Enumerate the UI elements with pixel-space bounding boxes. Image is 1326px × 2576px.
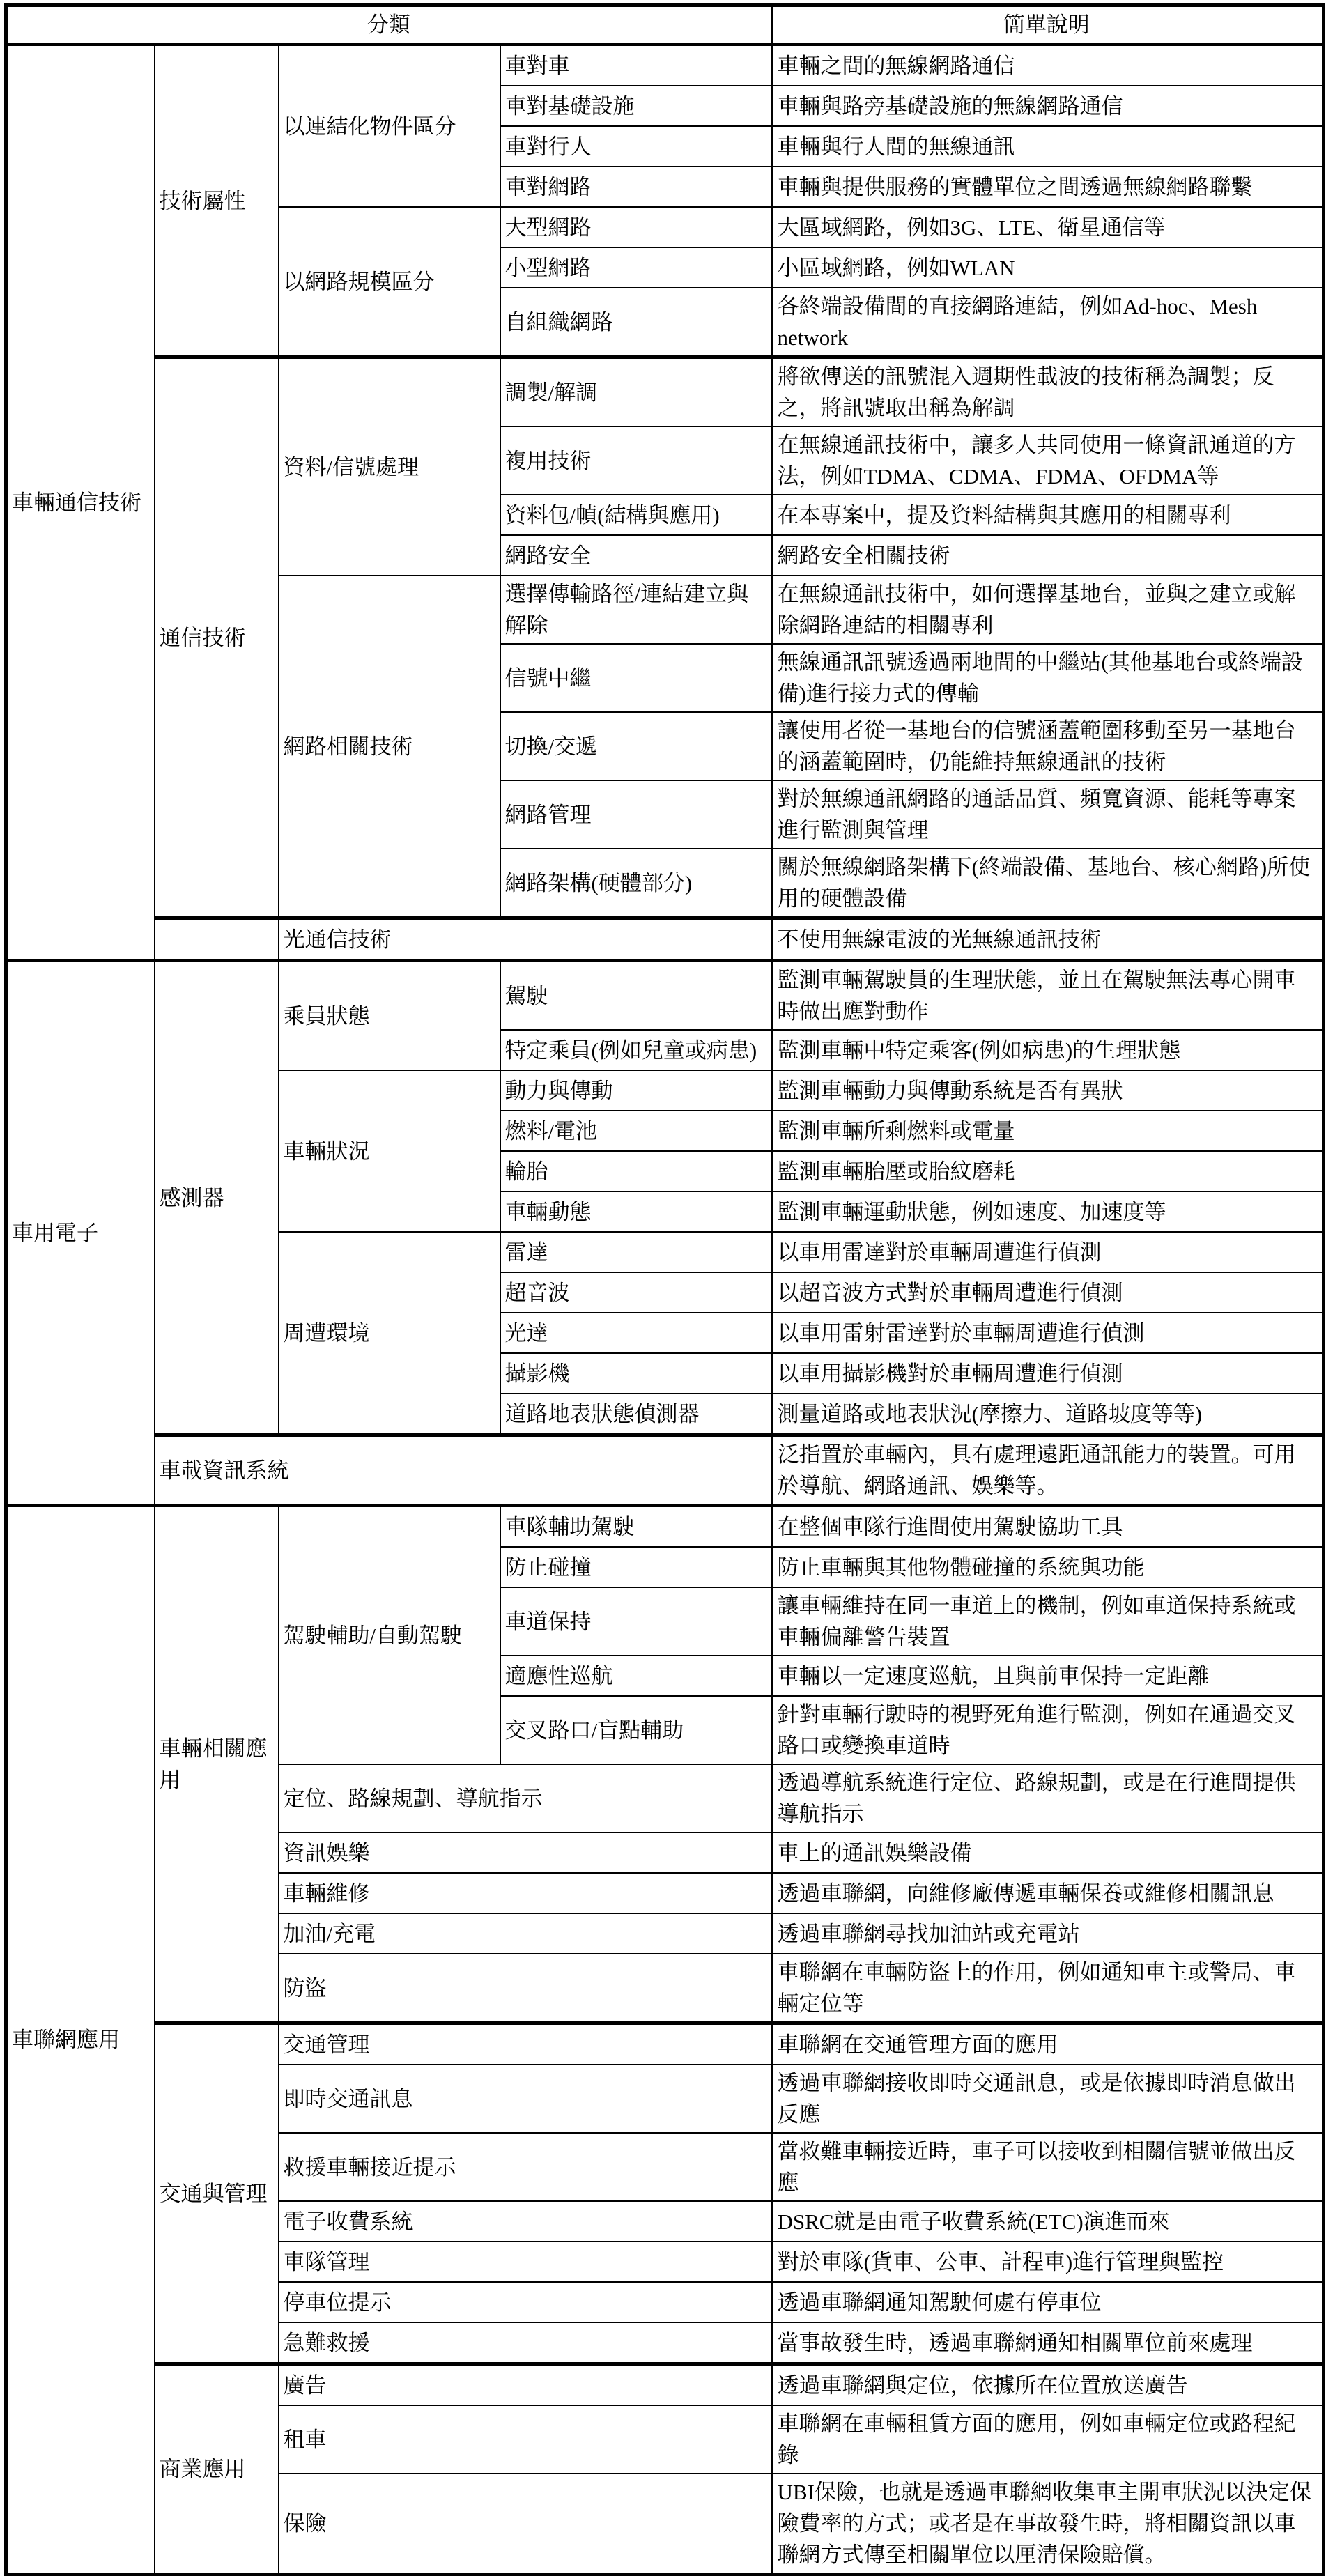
description-cell: 針對車輛行駛時的視野死角進行監測，例如在通過交叉路口或變換車道時 [772,1696,1324,1764]
description-cell: 在無線通訊技術中，如何選擇基地台，並與之建立或解除網路連結的相關專利 [772,576,1324,644]
description-cell: 車輛與行人間的無線通訊 [772,126,1324,167]
item-label-cell: 保險 [279,2474,772,2575]
description-cell: 監測車輛中特定乘客(例如病患)的生理狀態 [772,1030,1324,1070]
leaf-label-cell: 雷達 [500,1232,772,1272]
leaf-label-cell: 車對行人 [500,126,772,167]
description-cell: 讓車輛維持在同一車道上的機制，例如車道保持系統或車輛偏離警告裝置 [772,1587,1324,1656]
item-label-cell: 停車位提示 [279,2282,772,2322]
item-label-cell: 救援車輛接近提示 [279,2133,772,2201]
item-label-cell: 急難救援 [279,2322,772,2364]
description-cell: 測量道路或地表狀況(摩擦力、道路坡度等等) [772,1394,1324,1435]
table-row: 車用電子感測器乘員狀態駕駛監測車輛駕駛員的生理狀態，並且在駕駛無法專心開車時做出… [6,961,1324,1031]
description-cell: 以超音波方式對於車輛周遭進行偵測 [772,1272,1324,1313]
leaf-label-cell: 網路管理 [500,780,772,849]
description-cell: 監測車輛所剩燃料或電量 [772,1111,1324,1151]
description-cell: 在本專案中，提及資料結構與其應用的相關專利 [772,495,1324,535]
description-cell: 透過車聯網與定位，依據所在位置放送廣告 [772,2364,1324,2406]
leaf-label-cell: 光達 [500,1313,772,1353]
section-label-cell: 車聯網應用 [6,1506,155,2575]
group-label-cell: 車載資訊系統 [155,1435,772,1506]
leaf-label-cell: 車對基礎設施 [500,86,772,126]
description-cell: 以車用雷射雷達對於車輛周遭進行偵測 [772,1313,1324,1353]
header-description-cell: 簡單說明 [772,6,1324,45]
group-label-cell [155,918,279,961]
header-row: 分類 簡單說明 [6,6,1324,45]
description-cell: 監測車輛胎壓或胎紋磨耗 [772,1151,1324,1191]
item-label-cell: 防盜 [279,1954,772,2023]
description-cell: 車聯網在車輛防盜上的作用，例如通知車主或警局、車輛定位等 [772,1954,1324,2023]
description-cell: 對於車隊(貨車、公車、計程車)進行管理與監控 [772,2242,1324,2282]
item-label-cell: 網路相關技術 [279,576,500,918]
leaf-label-cell: 動力與傳動 [500,1070,772,1111]
leaf-label-cell: 防止碰撞 [500,1547,772,1587]
group-label-cell: 車輛相關應用 [155,1506,279,2023]
description-cell: 以車用雷達對於車輛周遭進行偵測 [772,1232,1324,1272]
item-label-cell: 即時交通訊息 [279,2065,772,2133]
description-cell: 大區域網路，例如3G、LTE、衛星通信等 [772,207,1324,247]
table-row: 商業應用廣告透過車聯網與定位，依據所在位置放送廣告 [6,2364,1324,2406]
leaf-label-cell: 車對車 [500,45,772,86]
description-cell: 當事故發生時，透過車聯網通知相關單位前來處理 [772,2322,1324,2364]
table-row: 車輛通信技術技術屬性以連結化物件區分車對車車輛之間的無線網路通信 [6,45,1324,86]
description-cell: 透過車聯網，向維修廠傳遞車輛保養或維修相關訊息 [772,1873,1324,1913]
description-cell: 透過車聯網通知駕駛何處有停車位 [772,2282,1324,2322]
leaf-label-cell: 大型網路 [500,207,772,247]
leaf-label-cell: 道路地表狀態偵測器 [500,1394,772,1435]
leaf-label-cell: 信號中繼 [500,644,772,712]
description-cell: 無線通訊訊號透過兩地間的中繼站(其他基地台或終端設備)進行接力式的傳輸 [772,644,1324,712]
description-cell: 在整個車隊行進間使用駕駛協助工具 [772,1506,1324,1548]
item-label-cell: 廣告 [279,2364,772,2406]
description-cell: 車輛與路旁基礎設施的無線網路通信 [772,86,1324,126]
header-classification-cell: 分類 [6,6,772,45]
item-label-cell: 車輛維修 [279,1873,772,1913]
leaf-label-cell: 車隊輔助駕駛 [500,1506,772,1548]
description-cell: 車輛與提供服務的實體單位之間透過無線網路聯繫 [772,167,1324,207]
leaf-label-cell: 切換/交遞 [500,712,772,780]
leaf-label-cell: 特定乘員(例如兒童或病患) [500,1030,772,1070]
description-cell: 監測車輛駕駛員的生理狀態，並且在駕駛無法專心開車時做出應對動作 [772,961,1324,1031]
leaf-label-cell: 小型網路 [500,247,772,288]
item-label-cell: 車輛狀況 [279,1070,500,1232]
leaf-label-cell: 選擇傳輸路徑/連結建立與解除 [500,576,772,644]
item-label-cell: 電子收費系統 [279,2201,772,2242]
description-cell: 車輛之間的無線網路通信 [772,45,1324,86]
leaf-label-cell: 調製/解調 [500,357,772,427]
description-cell: UBI保險，也就是透過車聯網收集車主開車狀況以決定保險費率的方式；或者是在事故發… [772,2474,1324,2575]
leaf-label-cell: 攝影機 [500,1353,772,1394]
item-label-cell: 交通管理 [279,2023,772,2065]
description-cell: 對於無線通訊網路的通話品質、頻寬資源、能耗等專案進行監測與管理 [772,780,1324,849]
item-label-cell: 以連結化物件區分 [279,45,500,208]
description-cell: DSRC就是由電子收費系統(ETC)演進而來 [772,2201,1324,2242]
description-cell: 防止車輛與其他物體碰撞的系統與功能 [772,1547,1324,1587]
description-cell: 透過車聯網接收即時交通訊息，或是依據即時消息做出反應 [772,2065,1324,2133]
description-cell: 車聯網在車輛租賃方面的應用，例如車輛定位或路程紀錄 [772,2405,1324,2474]
leaf-label-cell: 輪胎 [500,1151,772,1191]
table-row: 車載資訊系統泛指置於車輛內，具有處理遠距通訊能力的裝置。可用於導航、網路通訊、娛… [6,1435,1324,1506]
leaf-label-cell: 資料包/幀(結構與應用) [500,495,772,535]
leaf-label-cell: 複用技術 [500,426,772,495]
description-cell: 將欲傳送的訊號混入週期性載波的技術稱為調製；反之，將訊號取出稱為解調 [772,357,1324,427]
description-cell: 網路安全相關技術 [772,535,1324,576]
description-cell: 車輛以一定速度巡航，且與前車保持一定距離 [772,1656,1324,1696]
section-label-cell: 車用電子 [6,961,155,1506]
leaf-label-cell: 車道保持 [500,1587,772,1656]
item-label-cell: 租車 [279,2405,772,2474]
leaf-label-cell: 網路架構(硬體部分) [500,849,772,918]
group-label-cell: 交通與管理 [155,2023,279,2364]
leaf-label-cell: 駕駛 [500,961,772,1031]
description-cell: 以車用攝影機對於車輛周遭進行偵測 [772,1353,1324,1394]
table-body: 車輛通信技術技術屬性以連結化物件區分車對車車輛之間的無線網路通信車對基礎設施車輛… [6,45,1324,2575]
table-row: 光通信技術不使用無線電波的光無線通訊技術 [6,918,1324,961]
leaf-label-cell: 燃料/電池 [500,1111,772,1151]
table-row: 通信技術資料/信號處理調製/解調將欲傳送的訊號混入週期性載波的技術稱為調製；反之… [6,357,1324,427]
section-label-cell: 車輛通信技術 [6,45,155,961]
group-label-cell: 技術屬性 [155,45,279,357]
item-label-cell: 光通信技術 [279,918,772,961]
table-row: 車聯網應用車輛相關應用駕駛輔助/自動駕駛車隊輔助駕駛在整個車隊行進間使用駕駛協助… [6,1506,1324,1548]
group-label-cell: 商業應用 [155,2364,279,2575]
leaf-label-cell: 網路安全 [500,535,772,576]
item-label-cell: 資料/信號處理 [279,357,500,576]
leaf-label-cell: 車對網路 [500,167,772,207]
item-label-cell: 駕駛輔助/自動駕駛 [279,1506,500,1765]
group-label-cell: 感測器 [155,961,279,1435]
item-label-cell: 定位、路線規劃、導航指示 [279,1764,772,1833]
description-cell: 透過導航系統進行定位、路線規劃，或是在行進間提供導航指示 [772,1764,1324,1833]
description-cell: 透過車聯網尋找加油站或充電站 [772,1913,1324,1954]
description-cell: 在無線通訊技術中，讓多人共同使用一條資訊通道的方法，例如TDMA、CDMA、FD… [772,426,1324,495]
description-cell: 當救難車輛接近時，車子可以接收到相關信號並做出反應 [772,2133,1324,2201]
description-cell: 不使用無線電波的光無線通訊技術 [772,918,1324,961]
description-cell: 小區域網路，例如WLAN [772,247,1324,288]
description-cell: 車上的通訊娛樂設備 [772,1833,1324,1873]
item-label-cell: 資訊娛樂 [279,1833,772,1873]
leaf-label-cell: 交叉路口/盲點輔助 [500,1696,772,1764]
leaf-label-cell: 適應性巡航 [500,1656,772,1696]
item-label-cell: 以網路規模區分 [279,207,500,357]
item-label-cell: 加油/充電 [279,1913,772,1954]
table-row: 交通與管理交通管理車聯網在交通管理方面的應用 [6,2023,1324,2065]
description-cell: 讓使用者從一基地台的信號涵蓋範圍移動至另一基地台的涵蓋範圍時，仍能維持無線通訊的… [772,712,1324,780]
group-label-cell: 通信技術 [155,357,279,918]
description-cell: 關於無線網路架構下(終端設備、基地台、核心網路)所使用的硬體設備 [772,849,1324,918]
leaf-label-cell: 自組織網路 [500,288,772,357]
description-cell: 泛指置於車輛內，具有處理遠距通訊能力的裝置。可用於導航、網路通訊、娛樂等。 [772,1435,1324,1506]
classification-table: 分類 簡單說明 車輛通信技術技術屬性以連結化物件區分車對車車輛之間的無線網路通信… [4,3,1325,2576]
item-label-cell: 乘員狀態 [279,961,500,1071]
item-label-cell: 周遭環境 [279,1232,500,1435]
leaf-label-cell: 超音波 [500,1272,772,1313]
description-cell: 監測車輛動力與傳動系統是否有異狀 [772,1070,1324,1111]
item-label-cell: 車隊管理 [279,2242,772,2282]
description-cell: 車聯網在交通管理方面的應用 [772,2023,1324,2065]
description-cell: 監測車輛運動狀態，例如速度、加速度等 [772,1191,1324,1232]
leaf-label-cell: 車輛動態 [500,1191,772,1232]
description-cell: 各終端設備間的直接網路連結，例如Ad-hoc、Mesh network [772,288,1324,357]
